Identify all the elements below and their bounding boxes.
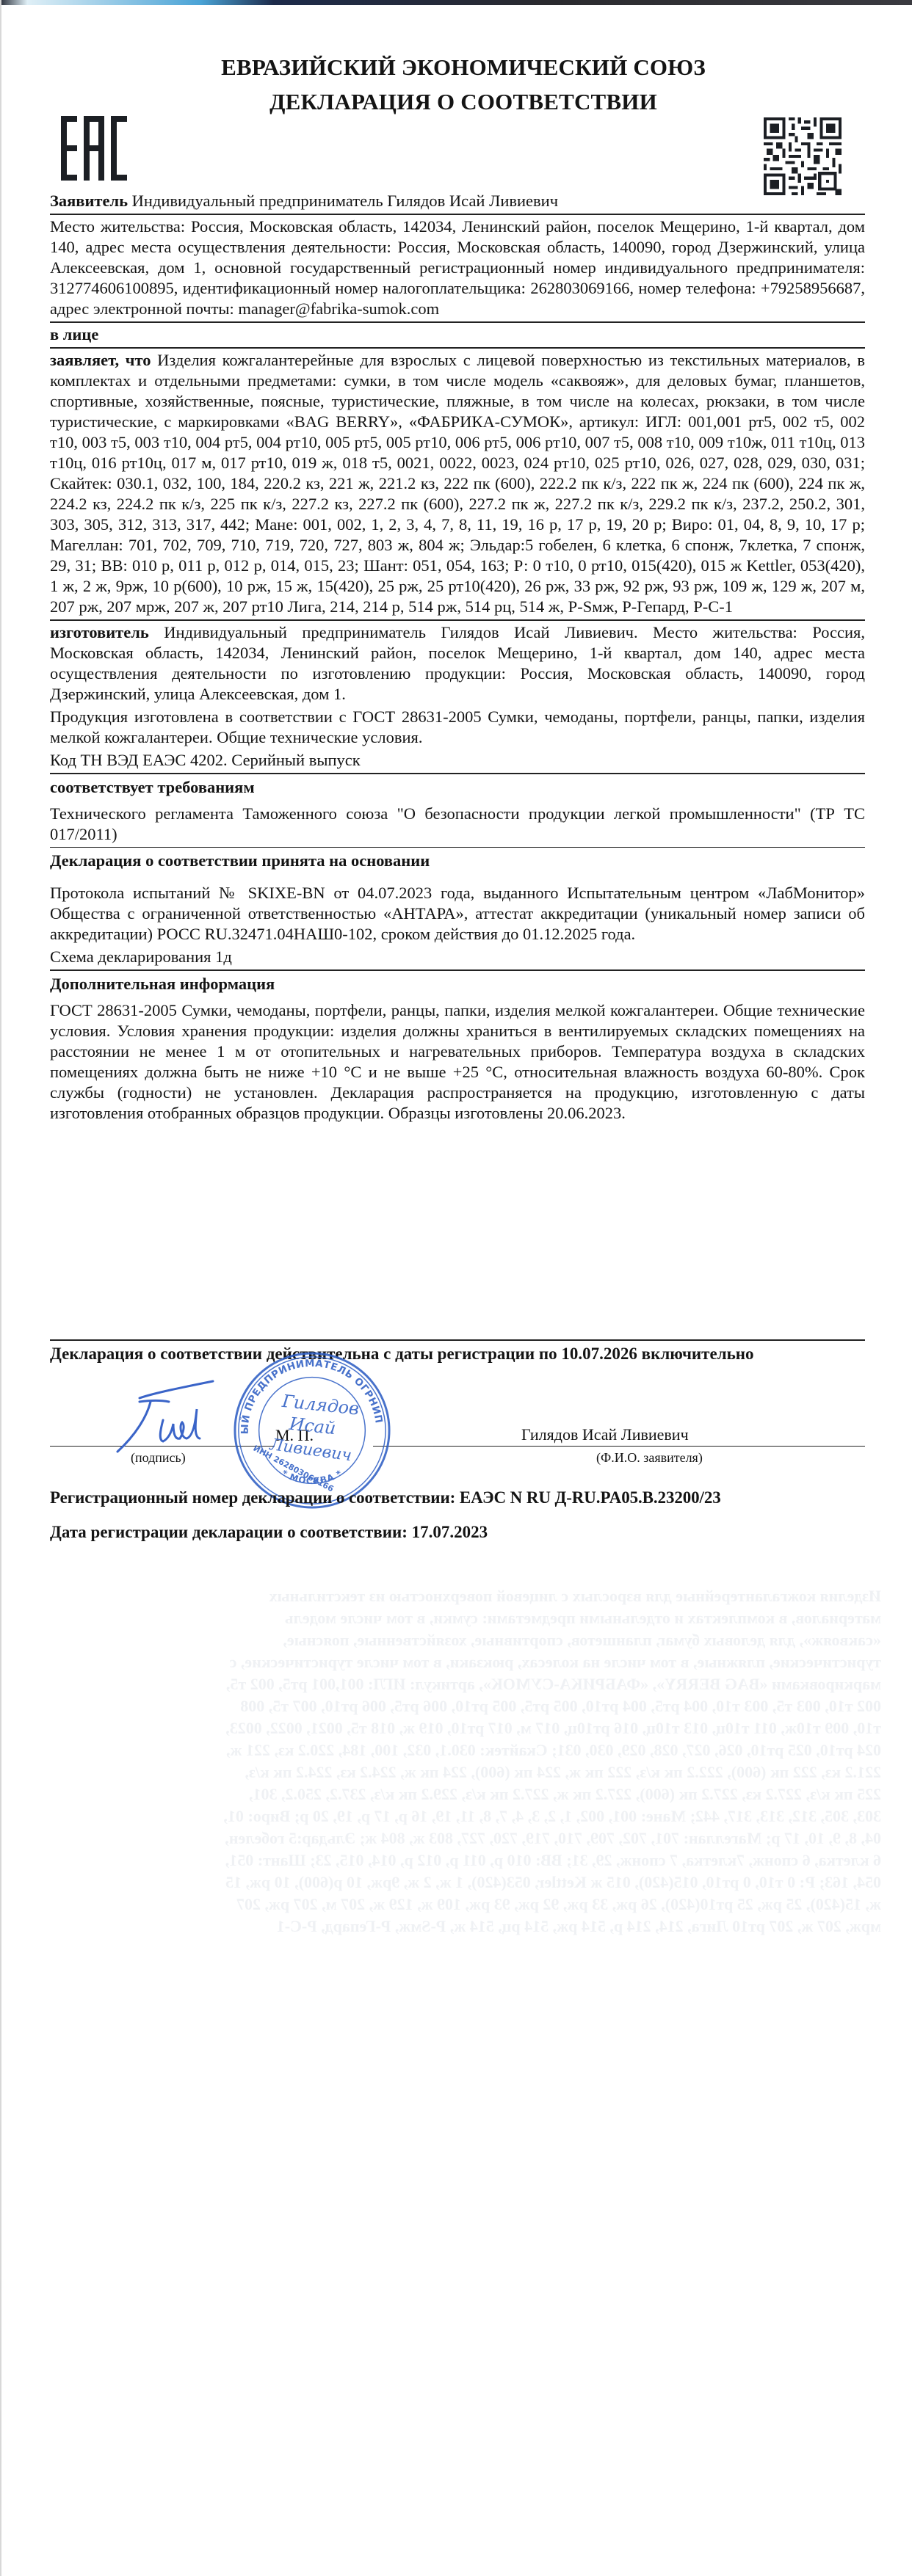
compliance-text: Технического регламента Таможенного союз… xyxy=(50,802,865,847)
manufacturer-label: изготовитель xyxy=(50,623,149,641)
declaration-body: Заявитель Индивидуальный предприниматель… xyxy=(50,189,865,1126)
basis-label: Декларация о соответствии принята на осн… xyxy=(50,848,865,876)
title-declaration: ДЕКЛАРАЦИЯ О СООТВЕТСТВИИ xyxy=(15,84,912,119)
handwritten-signature-icon xyxy=(110,1380,220,1453)
fio-caption: (Ф.И.О. заявителя) xyxy=(596,1450,703,1466)
applicant-details: Место жительства: Россия, Московская обл… xyxy=(50,215,865,321)
manufacturer-section: изготовитель Индивидуальный предпринимат… xyxy=(50,621,865,707)
applicant-label: Заявитель xyxy=(50,192,128,210)
additional-info-text: ГОСТ 28631-2005 Сумки, чемоданы, портфел… xyxy=(50,999,865,1126)
product-description: Изделия кожгалантерейные для взрослых с … xyxy=(50,351,865,616)
applicant-name-line xyxy=(373,1446,865,1447)
tn-ved-code: Код ТН ВЭД ЕАЭС 4202. Серийный выпуск xyxy=(50,750,865,773)
declares-label: заявляет, что xyxy=(50,351,151,369)
applicant-name: Индивидуальный предприниматель Гилядов И… xyxy=(132,192,558,210)
registration-number: Регистрационный номер декларации о соотв… xyxy=(50,1488,721,1507)
compliance-label: соответствует требованиям xyxy=(50,774,865,802)
reverse-side-bleed-through: Изделия кожгалантерейные для взрослых с … xyxy=(220,1585,881,2539)
divider xyxy=(50,1339,865,1341)
manufacturer-standard: Продукция изготовлена в соответствии с Г… xyxy=(50,707,865,750)
applicant-line: Заявитель Индивидуальный предприниматель… xyxy=(50,189,865,214)
basis-text: Протокола испытаний № SKIXE-BN от 04.07.… xyxy=(50,881,865,947)
applicant-signed-name: Гилядов Исай Ливиевич xyxy=(521,1425,689,1444)
represented-by-line: в лице xyxy=(50,323,865,347)
registration-date: Дата регистрации декларации о соответств… xyxy=(50,1523,488,1542)
title-union: ЕВРАЗИЙСКИЙ ЭКОНОМИЧЕСКИЙ СОЮЗ xyxy=(15,50,912,84)
declares-section: заявляет, что Изделия кожгалантерейные д… xyxy=(50,349,865,619)
document-title: ЕВРАЗИЙСКИЙ ЭКОНОМИЧЕСКИЙ СОЮЗ ДЕКЛАРАЦИ… xyxy=(0,50,912,119)
company-seal-icon: ИНДИВИДУАЛЬНЫЙ ПРЕДПРИНИМАТЕЛЬ ОГРНИП 31… xyxy=(232,1350,392,1510)
svg-text:Исай: Исай xyxy=(288,1413,337,1439)
additional-info-label: Дополнительная информация xyxy=(50,971,865,999)
qr-code-icon[interactable] xyxy=(764,117,842,195)
validity-block: Декларация о соответствии действительна … xyxy=(50,1339,865,1364)
validity-text: Декларация о соответствии действительна … xyxy=(50,1344,865,1364)
eac-logo-icon xyxy=(61,116,127,181)
represented-by-label: в лице xyxy=(50,325,98,343)
scanner-edge-strip xyxy=(0,0,912,5)
scanner-left-edge xyxy=(0,0,1,2576)
declaration-scheme: Схема декларирования 1д xyxy=(50,947,865,969)
manufacturer-text: Индивидуальный предприниматель Гилядов И… xyxy=(50,623,865,703)
